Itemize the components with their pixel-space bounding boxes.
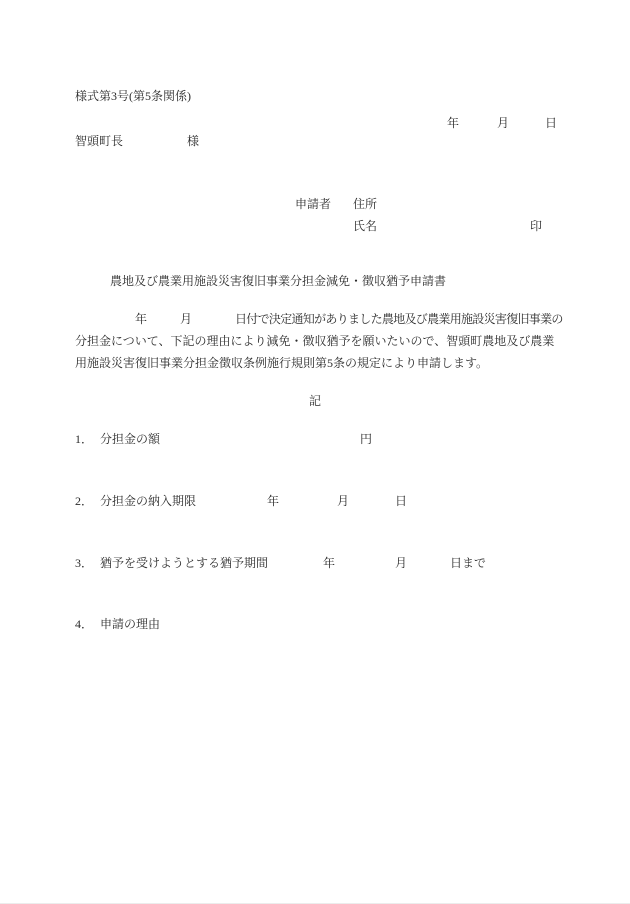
item-3-label: 猶予を受けようとする猶予期間 xyxy=(100,555,268,571)
header-date-day-label: 日 xyxy=(545,115,557,131)
applicant-address-label: 住所 xyxy=(353,196,377,212)
item-4-number: 4． xyxy=(75,616,93,632)
body-month-blank: 月 xyxy=(180,311,192,327)
body-line2: 分担金について、下記の理由により減免・徴収猶予を願いたいので、智頭町農地及び農業 xyxy=(75,333,554,349)
applicant-name-label: 氏名 xyxy=(353,218,377,234)
item-2-label: 分担金の納入期限 xyxy=(100,493,196,509)
body-line3: 用施設災害復旧事業分担金徴収条例施行規則第5条の規定により申請します。 xyxy=(75,355,488,371)
body-year-blank: 年 xyxy=(135,311,147,327)
item-3-number: 3． xyxy=(75,555,93,571)
header-date-year-label: 年 xyxy=(447,115,459,131)
item-3-day-until-label: 日まで xyxy=(450,555,486,571)
item-3-year-label: 年 xyxy=(323,555,335,571)
applicant-label: 申請者 xyxy=(295,196,331,212)
form-number: 様式第3号(第5条関係) xyxy=(75,88,191,104)
seal-mark: 印 xyxy=(530,218,542,234)
item-2-year-label: 年 xyxy=(267,493,279,509)
document-title: 農地及び農業用施設災害復旧事業分担金減免・徴収猶予申請書 xyxy=(110,273,446,289)
body-line1-rest: 日付で決定通知がありました農地及び農業用施設災害復旧事業の xyxy=(235,311,563,327)
addressee-title: 智頭町長 xyxy=(75,133,123,149)
item-2-month-label: 月 xyxy=(337,493,349,509)
item-1-number: 1． xyxy=(75,431,93,447)
header-date-month-label: 月 xyxy=(497,115,509,131)
application-form-page: 様式第3号(第5条関係) 年 月 日 智頭町長 様 申請者 住所 氏名 印 農地… xyxy=(0,0,630,904)
addressee-honorific: 様 xyxy=(187,133,199,149)
item-1-label: 分担金の額 xyxy=(100,431,160,447)
record-heading: 記 xyxy=(0,393,630,409)
item-3-month-label: 月 xyxy=(395,555,407,571)
item-1-unit: 円 xyxy=(360,431,372,447)
item-2-number: 2． xyxy=(75,493,93,509)
item-4-label: 申請の理由 xyxy=(100,616,160,632)
item-2-day-label: 日 xyxy=(395,493,407,509)
